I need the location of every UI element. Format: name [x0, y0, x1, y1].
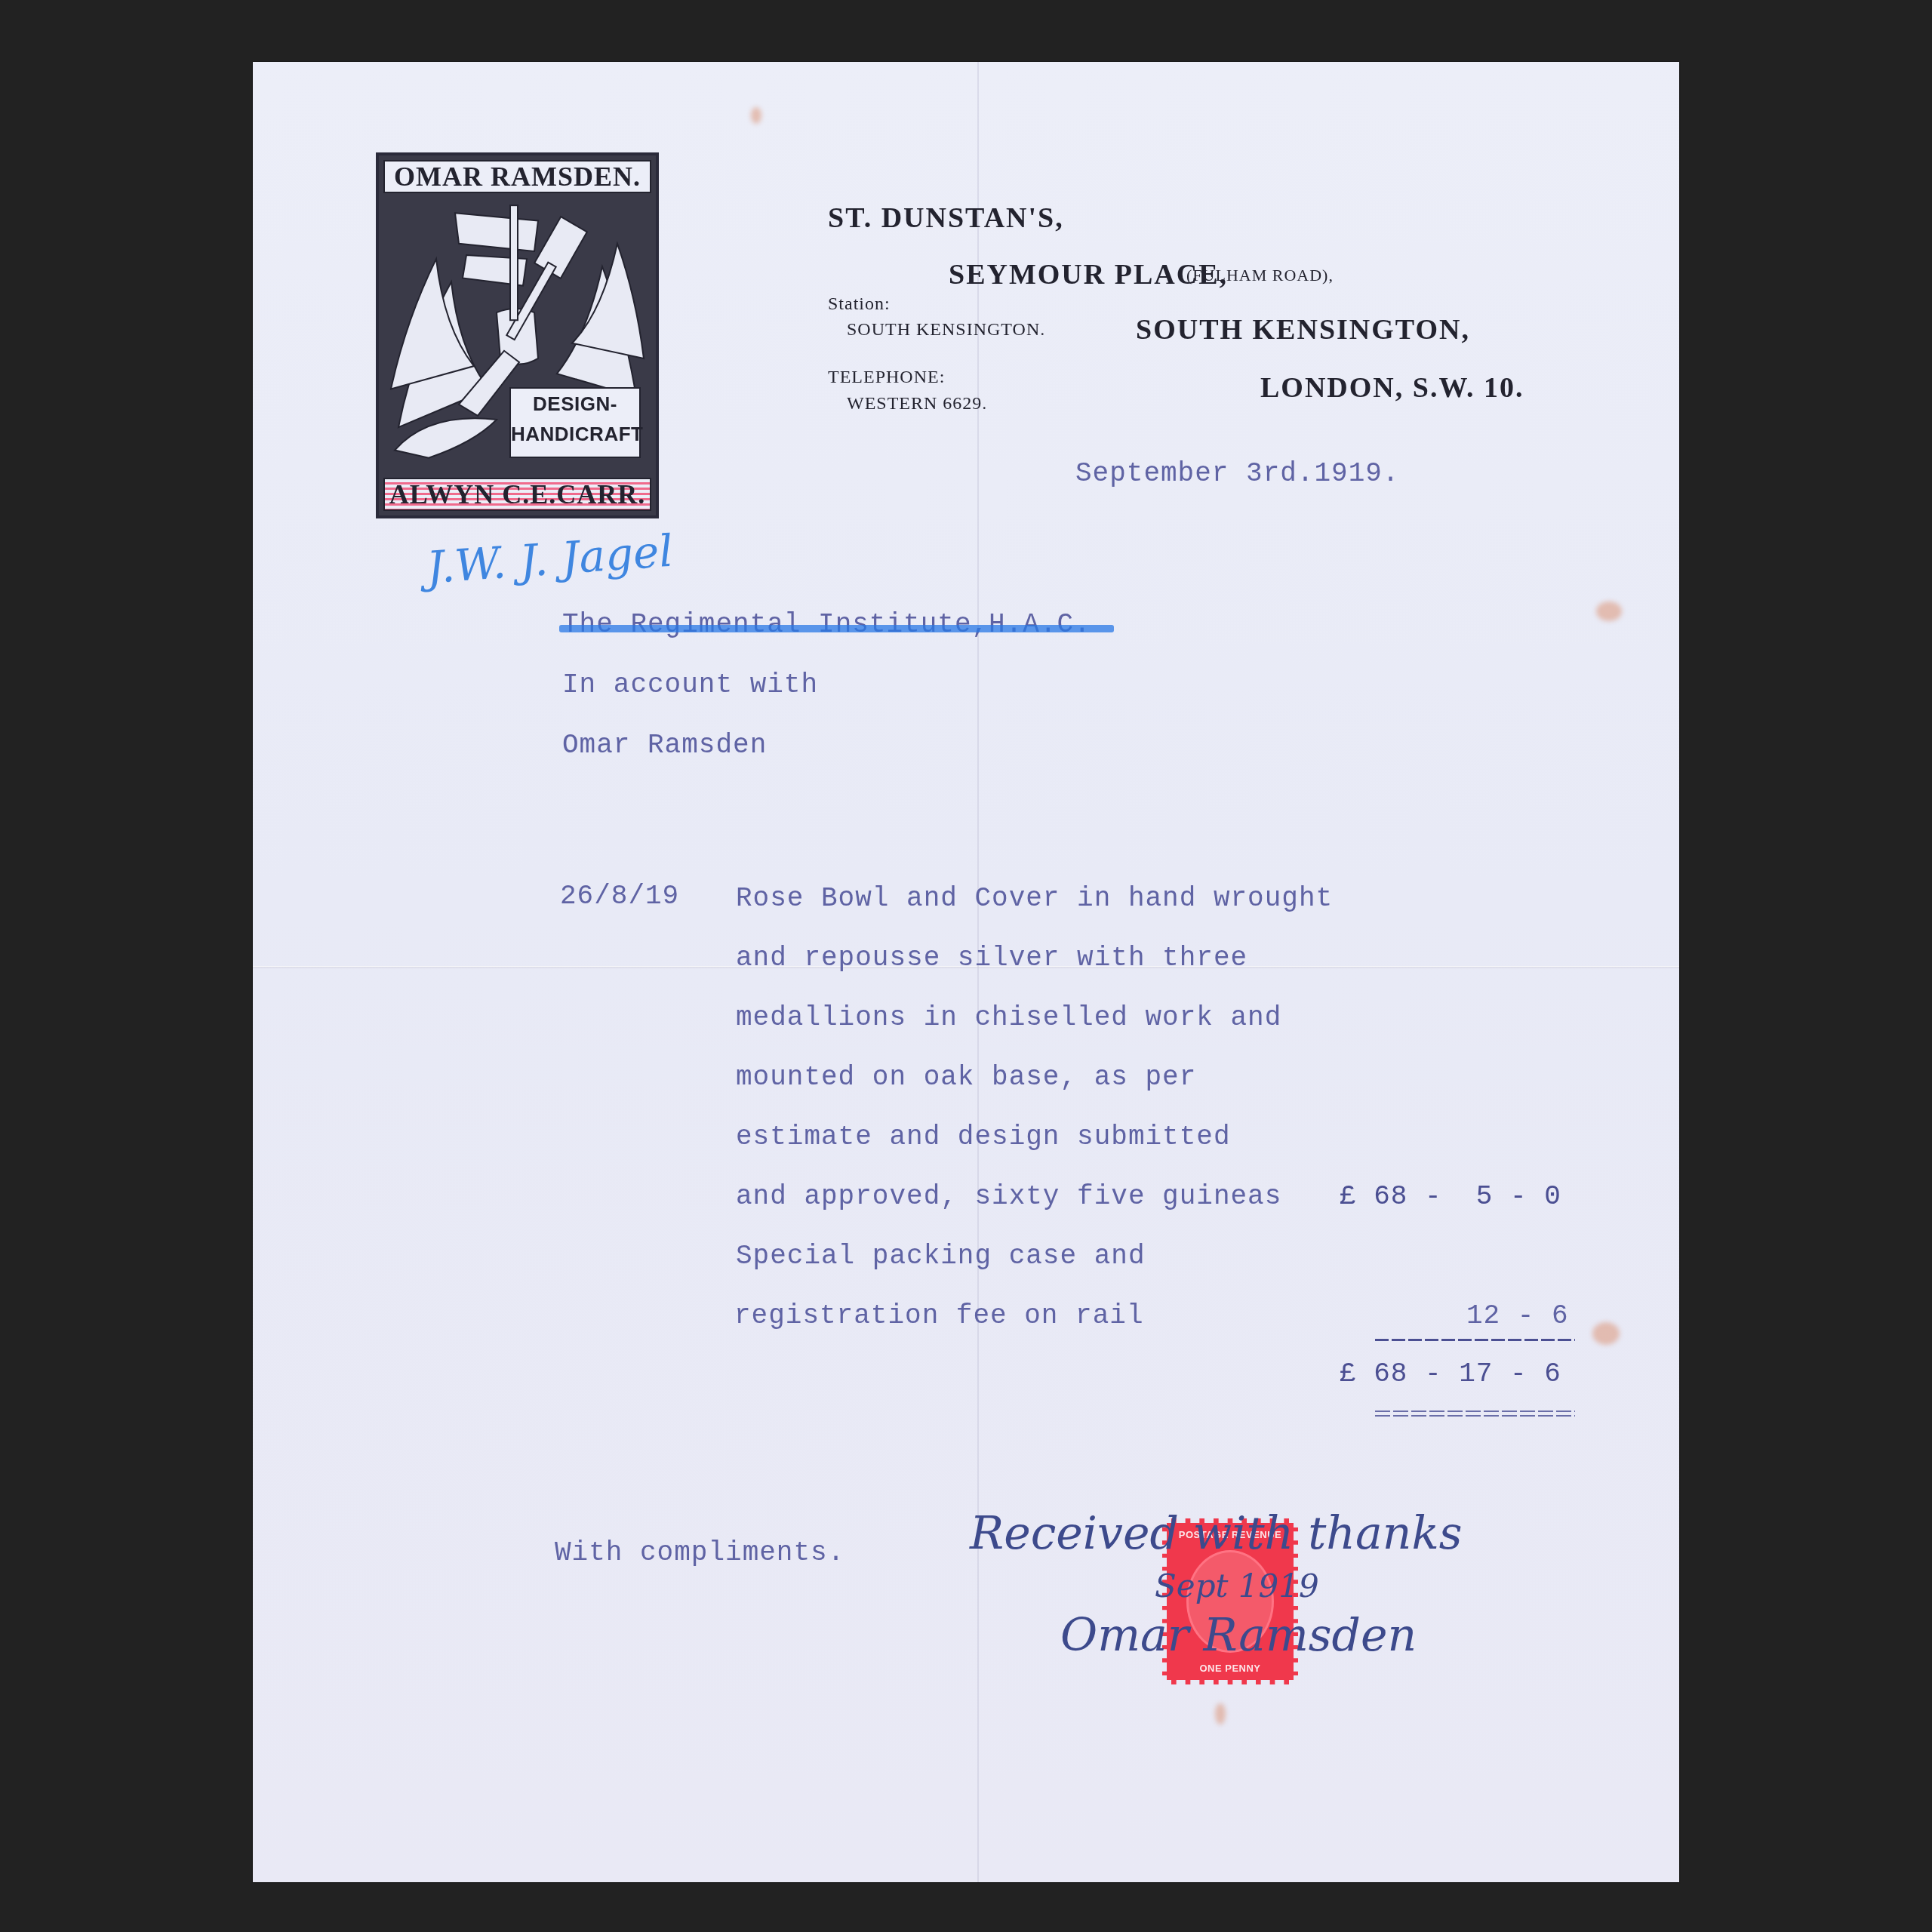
address-line-1: ST. DUNSTAN'S, [828, 202, 1064, 235]
closing-compliments: With compliments. [555, 1537, 844, 1568]
stamp-bottom-text: ONE PENNY [1199, 1663, 1260, 1674]
item-line: estimate and design submitted [736, 1121, 1231, 1152]
item-amount: £ 68 - 5 - 0 [1340, 1181, 1561, 1212]
station-value: SOUTH KENSINGTON. [847, 320, 1045, 340]
address-line-4: LONDON, S.W. 10. [1260, 371, 1524, 405]
item-line: and approved, sixty five guineas [736, 1181, 1281, 1212]
stain-mark [1592, 1322, 1620, 1345]
omar-ramsden-logo: OMAR RAMSDEN. [376, 152, 659, 518]
receipt-date: Sept 1919 [1155, 1567, 1319, 1604]
item-line: medallions in chiselled work and [736, 1002, 1281, 1033]
telephone-value: WESTERN 6629. [847, 394, 987, 414]
telephone-label: TELEPHONE: [828, 368, 945, 388]
invoice-document: OMAR RAMSDEN. [253, 62, 1679, 1882]
logo-top-banner: OMAR RAMSDEN. [383, 160, 651, 193]
winged-hand-hammer-illustration: DESIGN- HANDICRAFT [383, 198, 651, 473]
account-line-1: In account with [562, 669, 818, 700]
address-line-3: SOUTH KENSINGTON, [1136, 313, 1470, 346]
invoice-total: £ 68 - 17 - 6 [1340, 1358, 1561, 1389]
address-line-2-note: (FULHAM ROAD), [1186, 266, 1334, 285]
total-double-rule [1375, 1411, 1575, 1417]
logo-bottom-banner: ALWYN C.E.CARR. [383, 478, 651, 511]
item-amount: 12 - 6 [1466, 1300, 1569, 1331]
invoice-date: September 3rd.1919. [1075, 458, 1399, 489]
stain-mark [1596, 601, 1622, 621]
item-line: mounted on oak base, as per [736, 1062, 1196, 1093]
station-label: Station: [828, 294, 891, 315]
item-date: 26/8/19 [560, 881, 679, 912]
receipt-signature: Omar Ramsden [1060, 1609, 1417, 1662]
stain-mark [1215, 1703, 1226, 1724]
receipt-line-received: Received with thanks [970, 1507, 1463, 1560]
handwritten-annotation: J.W. J. Jagel [425, 525, 675, 594]
subtotal-rule [1375, 1339, 1575, 1341]
item-line: Special packing case and [736, 1241, 1145, 1272]
account-line-2: Omar Ramsden [562, 730, 767, 761]
item-line: registration fee on rail [734, 1300, 1143, 1331]
stain-mark [751, 107, 761, 124]
logo-scroll-design-handicraft: DESIGN- HANDICRAFT [509, 387, 641, 458]
item-line: Rose Bowl and Cover in hand wrought [736, 883, 1333, 914]
item-line: and repousse silver with three [736, 943, 1247, 974]
recipient-struck-through: The Regimental Institute,H.A.C. [562, 609, 1091, 640]
